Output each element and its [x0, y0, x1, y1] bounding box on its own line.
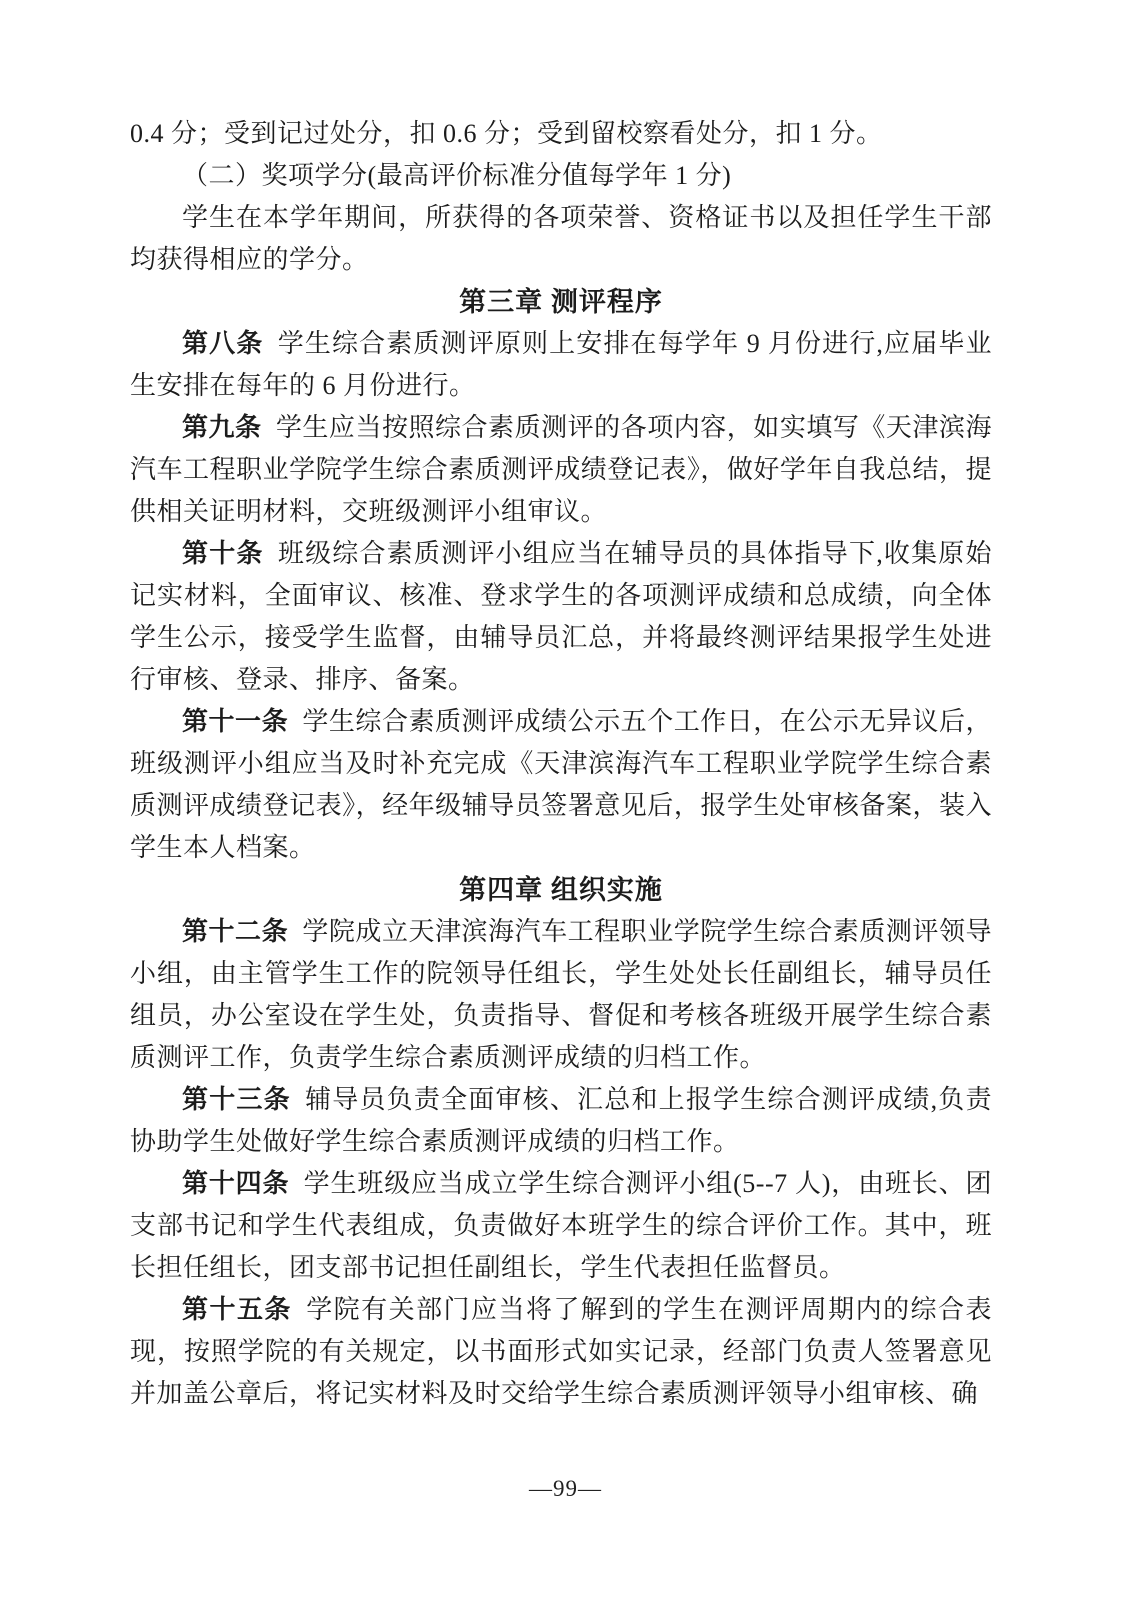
chapter-heading-4: 第四章 组织实施: [130, 869, 992, 911]
page-number: —99—: [0, 1468, 1131, 1510]
article-14-number: 第十四条: [182, 1169, 289, 1198]
article-8: 第八条学生综合素质测评原则上安排在每学年 9 月份进行,应届毕业生安排在每年的 …: [130, 323, 992, 407]
article-15-number: 第十五条: [182, 1295, 292, 1324]
article-13: 第十三条辅导员负责全面审核、汇总和上报学生综合测评成绩,负责协助学生处做好学生综…: [130, 1079, 992, 1163]
document-page: 0.4 分；受到记过处分，扣 0.6 分；受到留校察看处分，扣 1 分。 （二）…: [0, 0, 1131, 1600]
article-14: 第十四条学生班级应当成立学生综合测评小组(5--7 人)，由班长、团支部书记和学…: [130, 1163, 992, 1289]
article-10-number: 第十条: [182, 539, 264, 568]
document-content: 0.4 分；受到记过处分，扣 0.6 分；受到留校察看处分，扣 1 分。 （二）…: [130, 113, 992, 1415]
paragraph-award-credit-detail: 学生在本学年期间，所获得的各项荣誉、资格证书以及担任学生干部均获得相应的学分。: [130, 197, 992, 281]
article-9: 第九条学生应当按照综合素质测评的各项内容，如实填写《天津滨海汽车工程职业学院学生…: [130, 407, 992, 533]
article-10: 第十条班级综合素质测评小组应当在辅导员的具体指导下,收集原始记实材料，全面审议、…: [130, 533, 992, 701]
paragraph-award-credit-title: （二）奖项学分(最高评价标准分值每学年 1 分): [130, 155, 992, 197]
article-11-number: 第十一条: [182, 707, 288, 736]
paragraph-deduction-rules: 0.4 分；受到记过处分，扣 0.6 分；受到留校察看处分，扣 1 分。: [130, 113, 992, 155]
article-13-number: 第十三条: [182, 1085, 291, 1114]
article-12-number: 第十二条: [182, 917, 288, 946]
article-9-number: 第九条: [182, 413, 262, 442]
article-8-number: 第八条: [182, 329, 263, 358]
article-11: 第十一条学生综合素质测评成绩公示五个工作日，在公示无异议后，班级测评小组应当及时…: [130, 701, 992, 869]
chapter-heading-3: 第三章 测评程序: [130, 281, 992, 323]
article-12: 第十二条学院成立天津滨海汽车工程职业学院学生综合素质测评领导小组，由主管学生工作…: [130, 911, 992, 1079]
article-15: 第十五条学院有关部门应当将了解到的学生在测评周期内的综合表现，按照学院的有关规定…: [130, 1289, 992, 1415]
